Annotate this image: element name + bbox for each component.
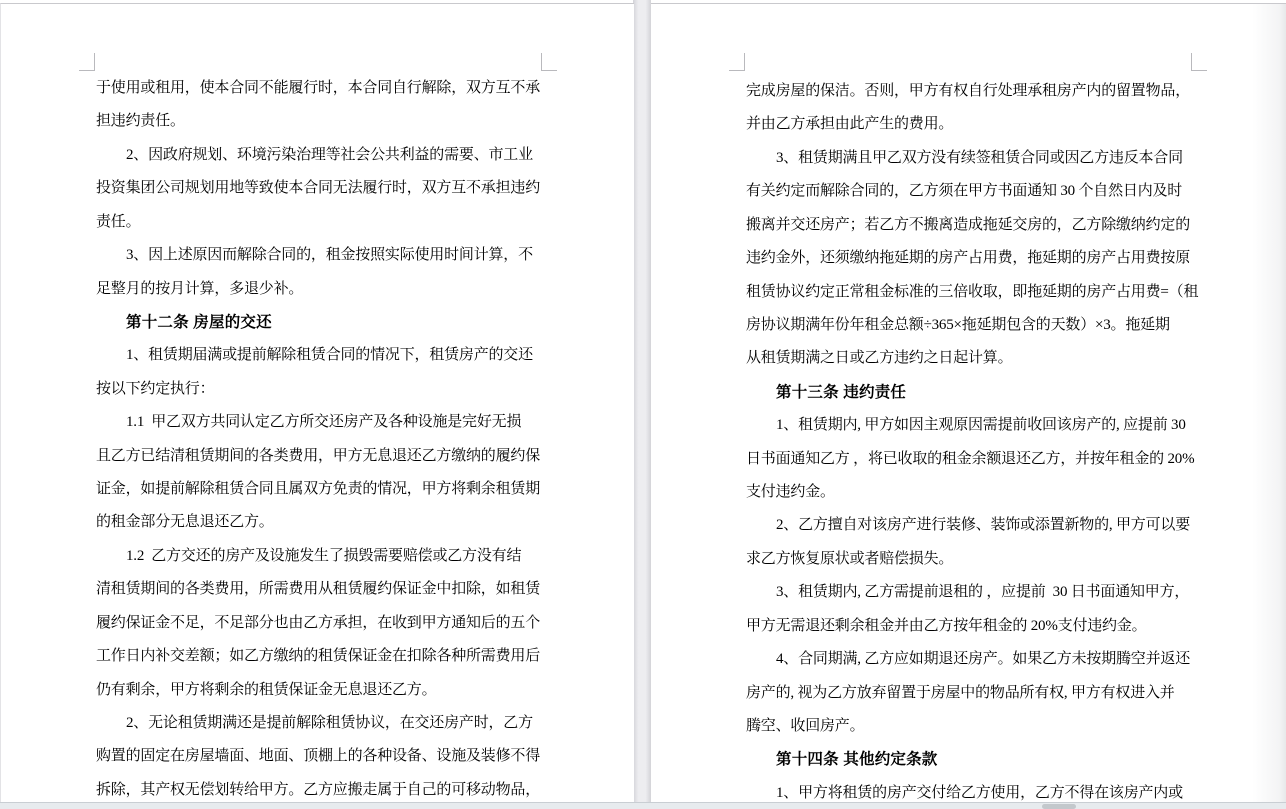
text-line: 1.1 甲乙双方共同认定乙方所交还房产及各种设施是完好无损: [96, 406, 548, 439]
text-line: 投资集团公司规划用地等致使本合同无法履行时，双方互不承担违约: [96, 172, 548, 205]
page-right-edge-shadow: [1252, 4, 1286, 809]
text-line: 腾空、收回房产。: [746, 710, 1198, 743]
document-viewer: 于使用或租用，使本合同不能履行时，本合同自行解除，双方互不承担违约责任。2、因政…: [0, 0, 1286, 809]
text-line: 日书面通知乙方 ，将已收取的租金余额退还乙方，并按年租金的 20%: [746, 443, 1198, 476]
text-line: 有关约定而解除合同的，乙方须在甲方书面通知 30 个自然日内及时: [746, 175, 1198, 208]
text-line: 证金，如提前解除租赁合同且属双方免责的情况，甲方将剩余租赁期: [96, 473, 548, 506]
text-line: 2、乙方擅自对该房产进行装修、装饰或添置新物的, 甲方可以要: [746, 509, 1198, 542]
page-right[interactable]: 完成房屋的保洁。否则，甲方有权自行处理承租房产内的留置物品，并由乙方承担由此产生…: [651, 3, 1286, 809]
horizontal-scrollbar[interactable]: [0, 802, 1286, 809]
margin-corner-mark: [729, 53, 745, 71]
text-line: 1.2 乙方交还的房产及设施发生了损毁需要赔偿或乙方没有结: [96, 540, 548, 573]
section-heading: 第十四条 其他约定条款: [746, 743, 1198, 776]
margin-corner-mark: [79, 53, 95, 71]
text-line: 责任。: [96, 206, 548, 239]
text-line: 从租赁期满之日或乙方违约之日起计算。: [746, 342, 1198, 375]
text-line: 且乙方已结清租赁期间的各类费用，甲方无息退还乙方缴纳的履约保: [96, 440, 548, 473]
text-line: 租赁协议约定正常租金标准的三倍收取，即拖延期的房产占用费=（租: [746, 276, 1198, 309]
margin-corner-mark: [541, 53, 557, 71]
text-line: 1、租赁期内, 甲方如因主观原因需提前收回该房产的, 应提前 30: [746, 409, 1198, 442]
text-line: 并由乙方承担由此产生的费用。: [746, 108, 1198, 141]
section-heading: 第十二条 房屋的交还: [96, 306, 548, 339]
text-line: 2、无论租赁期满还是提前解除租赁协议，在交还房产时，乙方: [96, 707, 548, 740]
text-line: 履约保证金不足，不足部分也由乙方承担，在收到甲方通知后的五个: [96, 607, 548, 640]
text-line: 于使用或租用，使本合同不能履行时，本合同自行解除，双方互不承: [96, 72, 548, 105]
section-heading: 第十三条 违约责任: [746, 376, 1198, 409]
text-line: 工作日内补交差额；如乙方缴纳的租赁保证金在扣除各种所需费用后: [96, 640, 548, 673]
text-line: 支付违约金。: [746, 476, 1198, 509]
text-line: 清租赁期间的各类费用，所需费用从租赁履约保证金中扣除，如租赁: [96, 573, 548, 606]
text-line: 违约金外，还须缴纳拖延期的房产占用费，拖延期的房产占用费按原: [746, 242, 1198, 275]
page-content-right[interactable]: 完成房屋的保洁。否则，甲方有权自行处理承租房产内的留置物品，并由乙方承担由此产生…: [746, 75, 1198, 809]
text-line: 仍有剩余，甲方将剩余的租赁保证金无息退还乙方。: [96, 674, 548, 707]
text-line: 3、租赁期满且甲乙双方没有续签租赁合同或因乙方违反本合同: [746, 142, 1198, 175]
horizontal-scrollbar-thumb[interactable]: [1042, 804, 1076, 809]
text-line: 2、因政府规划、环境污染治理等社会公共利益的需要、市工业: [96, 139, 548, 172]
text-line: 购置的固定在房屋墙面、地面、顶棚上的各种设备、设施及装修不得: [96, 740, 548, 773]
text-line: 4、合同期满, 乙方应如期退还房产。如果乙方未按期腾空并返还: [746, 643, 1198, 676]
text-line: 3、租赁期内, 乙方需提前退租的 ，应提前 30 日书面通知甲方，: [746, 576, 1198, 609]
text-line: 求乙方恢复原状或者赔偿损失。: [746, 543, 1198, 576]
text-line: 担违约责任。: [96, 105, 548, 138]
text-line: 的租金部分无息退还乙方。: [96, 506, 548, 539]
text-line: 完成房屋的保洁。否则，甲方有权自行处理承租房产内的留置物品，: [746, 75, 1198, 108]
page-content-left[interactable]: 于使用或租用，使本合同不能履行时，本合同自行解除，双方互不承担违约责任。2、因政…: [96, 72, 548, 807]
page-left[interactable]: 于使用或租用，使本合同不能履行时，本合同自行解除，双方互不承担违约责任。2、因政…: [0, 3, 634, 809]
text-line: 搬离并交还房产；若乙方不搬离造成拖延交房的，乙方除缴纳约定的: [746, 209, 1198, 242]
margin-corner-mark: [1191, 53, 1207, 71]
text-line: 房产的, 视为乙方放弃留置于房屋中的物品所有权, 甲方有权进入并: [746, 677, 1198, 710]
text-line: 房协议期满年份年租金总额÷365×拖延期包含的天数）×3。拖延期: [746, 309, 1198, 342]
text-line: 3、因上述原因而解除合同的，租金按照实际使用时间计算，不: [96, 239, 548, 272]
text-line: 1、租赁期届满或提前解除租赁合同的情况下，租赁房产的交还: [96, 339, 548, 372]
text-line: 按以下约定执行：: [96, 373, 548, 406]
text-line: 足整月的按月计算，多退少补。: [96, 273, 548, 306]
page-gap: [633, 0, 651, 809]
text-line: 甲方无需退还剩余租金并由乙方按年租金的 20%支付违约金。: [746, 610, 1198, 643]
